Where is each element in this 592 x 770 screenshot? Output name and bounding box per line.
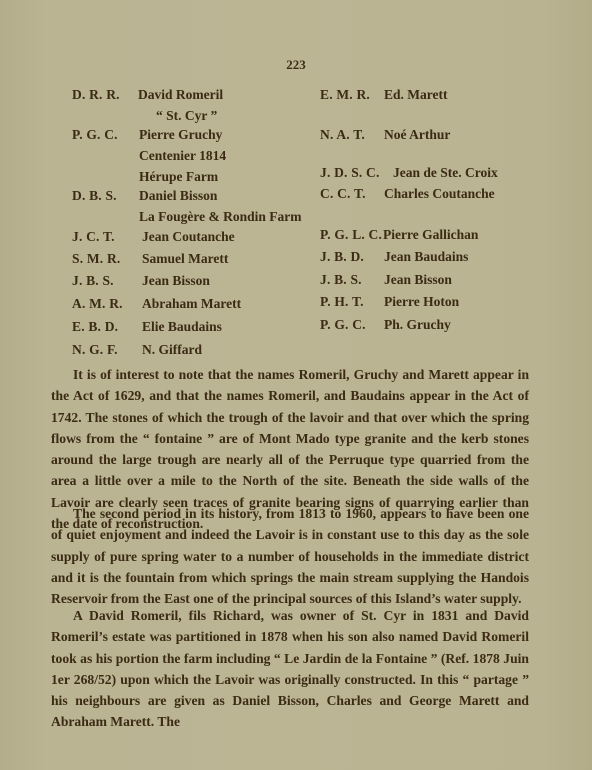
roster-name: Elie Baudains	[142, 316, 222, 337]
roster-abbreviation: P. G. L. C.	[320, 224, 382, 245]
body-text: The second period in its history, from 1…	[51, 503, 529, 609]
paragraph: The second period in its history, from 1…	[51, 503, 529, 609]
roster-abbreviation: S. M. R.	[72, 248, 120, 269]
roster-name: Daniel Bisson	[139, 185, 217, 206]
roster-name: Abraham Marett	[142, 293, 241, 314]
roster-abbreviation: J. B. S.	[320, 269, 362, 290]
roster-abbreviation: A. M. R.	[72, 293, 123, 314]
roster-name: Noé Arthur	[384, 124, 450, 145]
roster-name: Charles Coutanche	[384, 183, 495, 204]
roster-abbreviation: J. C. T.	[72, 226, 115, 247]
roster-abbreviation: J. D. S. C.	[320, 162, 380, 183]
roster-detail: Hérupe Farm	[139, 166, 218, 187]
roster-name: Jean Coutanche	[142, 226, 235, 247]
paragraph: A David Romeril, fils Richard, was owner…	[51, 605, 529, 733]
roster-detail: “ St. Cyr ”	[156, 105, 217, 126]
page-number: 223	[0, 57, 592, 73]
roster-abbreviation: D. R. R.	[72, 84, 120, 105]
roster-abbreviation: C. C. T.	[320, 183, 366, 204]
body-text: A David Romeril, fils Richard, was owner…	[51, 605, 529, 733]
book-page: 223 D. R. R. David Romeril “ St. Cyr ” P…	[0, 0, 592, 770]
roster-abbreviation: J. B. S.	[72, 270, 114, 291]
roster-name: Jean de Ste. Croix	[393, 162, 498, 183]
roster-name: Ed. Marett	[384, 84, 448, 105]
roster-name: Jean Bisson	[142, 270, 210, 291]
roster-name: Jean Baudains	[384, 246, 468, 267]
roster-detail: La Fougère & Rondin Farm	[139, 206, 302, 227]
roster-abbreviation: E. B. D.	[72, 316, 118, 337]
roster-abbreviation: N. A. T.	[320, 124, 365, 145]
roster-name: Pierre Gruchy	[139, 124, 222, 145]
roster-abbreviation: N. G. F.	[72, 339, 118, 360]
roster-abbreviation: P. H. T.	[320, 291, 364, 312]
roster-name: Ph. Gruchy	[384, 314, 451, 335]
roster-name: Samuel Marett	[142, 248, 228, 269]
roster-abbreviation: D. B. S.	[72, 185, 117, 206]
roster-abbreviation: E. M. R.	[320, 84, 370, 105]
roster-detail: Centenier 1814	[139, 145, 226, 166]
roster-name: Pierre Gallichan	[383, 224, 478, 245]
roster-abbreviation: P. G. C.	[72, 124, 118, 145]
roster-name: N. Giffard	[142, 339, 202, 360]
roster-abbreviation: J. B. D.	[320, 246, 364, 267]
roster-abbreviation: P. G. C.	[320, 314, 366, 335]
roster-name: Pierre Hoton	[384, 291, 459, 312]
roster-name: David Romeril	[138, 84, 223, 105]
roster-name: Jean Bisson	[384, 269, 452, 290]
